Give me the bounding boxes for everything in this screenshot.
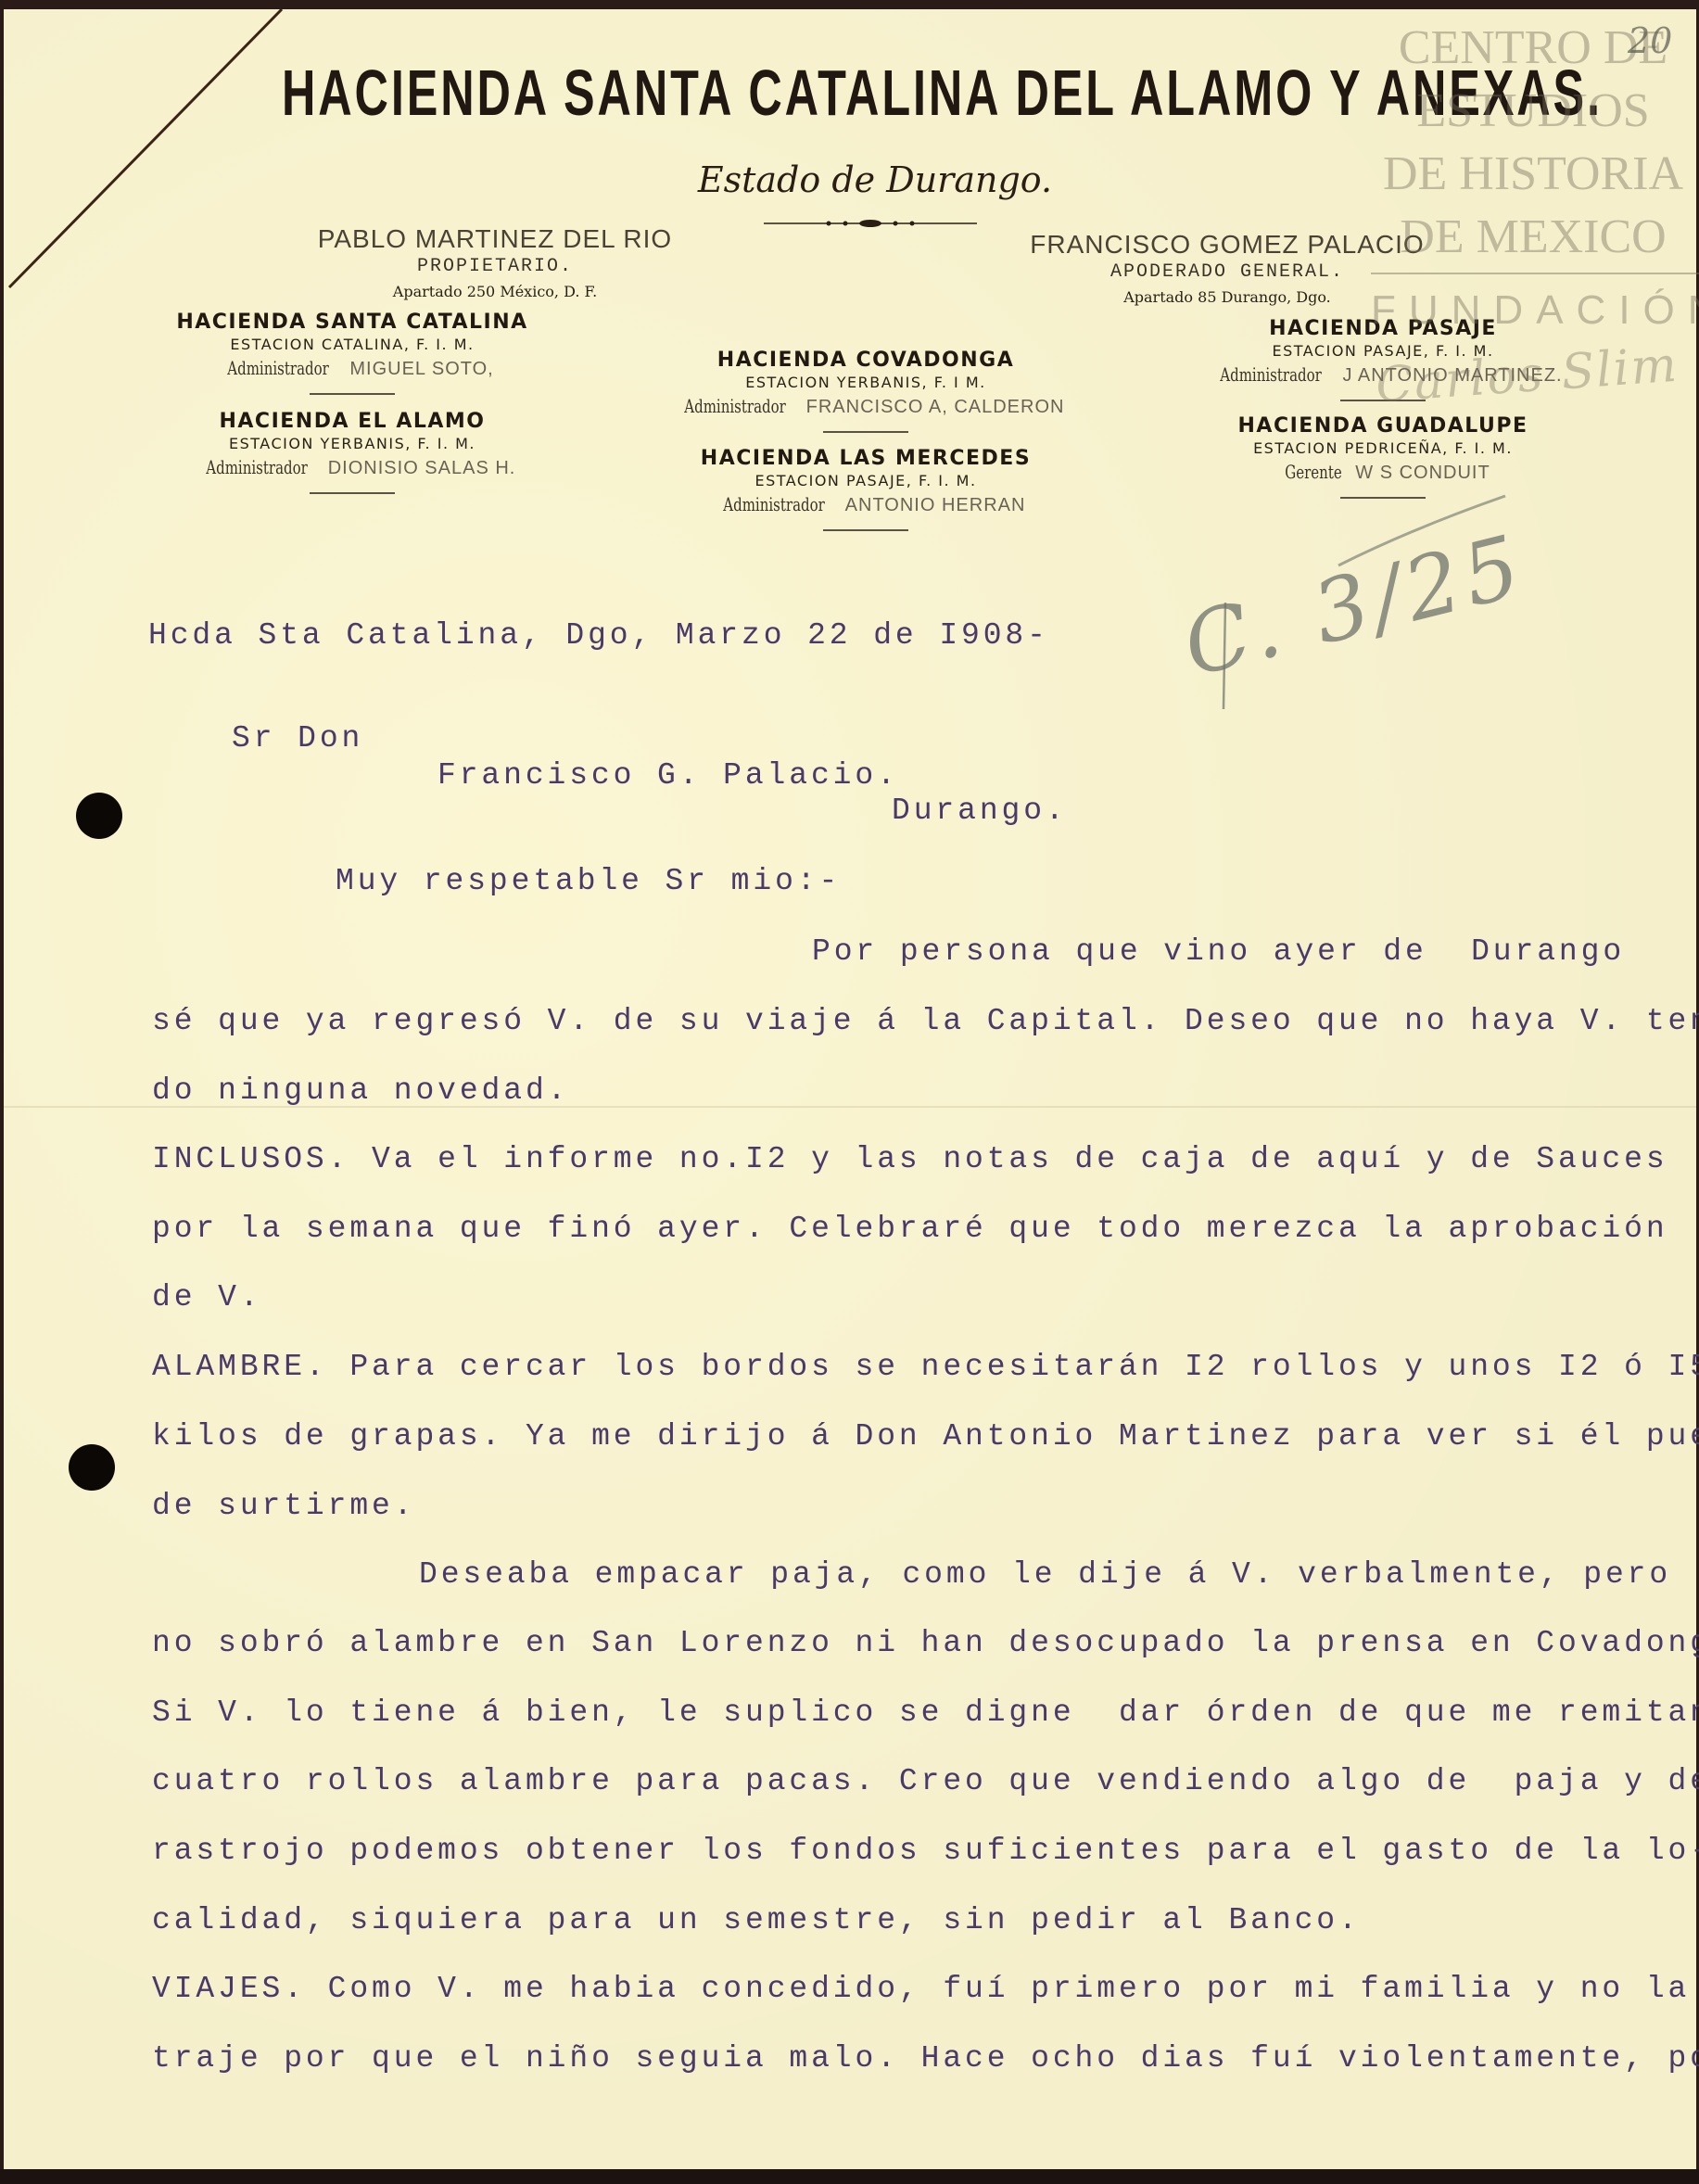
body-line: Si V. lo tiene á bien, le suplico se dig… <box>152 1695 1699 1730</box>
recipient-name: Francisco G. Palacio. <box>437 758 899 793</box>
salutation-prefix: Sr Don <box>232 721 363 756</box>
letter-sheet: HACIENDA SANTA CATALINA DEL ALAMO Y ANEX… <box>4 9 1696 2169</box>
recipient-city: Durango. <box>892 794 1068 828</box>
body-line: por la semana que finó ayer. Celebraré q… <box>152 1212 1668 1246</box>
body-line: INCLUSOS. Va el informe no.I2 y las nota… <box>152 1142 1668 1176</box>
scan-border <box>0 2169 1699 2184</box>
dateline: Hcda Sta Catalina, Dgo, Marzo 22 de I908… <box>148 618 1049 653</box>
body-line: no sobró alambre en San Lorenzo ni han d… <box>152 1626 1699 1660</box>
body-line: de V. <box>152 1280 262 1314</box>
punch-hole <box>76 793 122 839</box>
body-line: de surtirme. <box>152 1489 415 1523</box>
body-line: Por persona que vino ayer de Durango <box>812 934 1625 969</box>
greeting: Muy respetable Sr mio:- <box>336 864 841 898</box>
body-line: kilos de grapas. Ya me dirijo á Don Anto… <box>152 1419 1699 1454</box>
body-line: Deseaba empacar paja, como le dije á V. … <box>419 1557 1671 1592</box>
body-line: sé que ya regresó V. de su viaje á la Ca… <box>152 1004 1699 1038</box>
body-line: VIAJES. Como V. me habia concedido, fuí … <box>152 1972 1690 2006</box>
punch-hole <box>69 1444 115 1491</box>
body-line: do ninguna novedad. <box>152 1073 569 1108</box>
body-line: ALAMBRE. Para cercar los bordos se neces… <box>152 1350 1699 1384</box>
body-line: traje por que el niño seguia malo. Hace … <box>152 2041 1699 2076</box>
body-line: rastrojo podemos obtener los fondos sufi… <box>152 1834 1699 1868</box>
body-line: cuatro rollos alambre para pacas. Creo q… <box>152 1764 1699 1798</box>
body-line: calidad, siquiera para un semestre, sin … <box>152 1903 1361 1937</box>
